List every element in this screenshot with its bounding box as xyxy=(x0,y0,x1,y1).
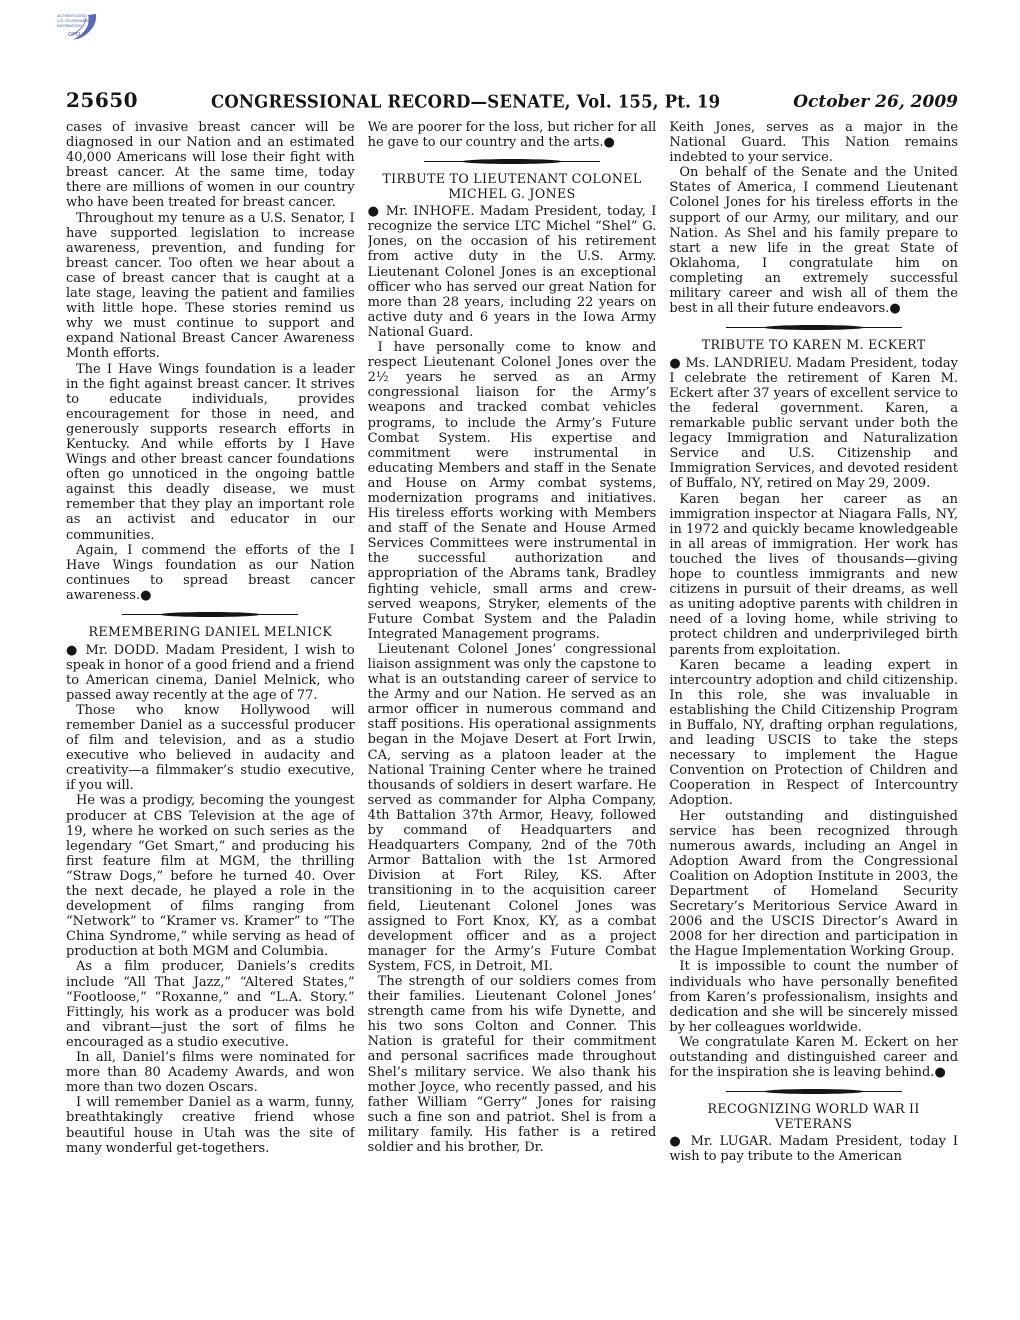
paragraph: As a film producer, Daniels’s credits in… xyxy=(66,959,355,1050)
paragraph: In all, Daniel’s films were nominated fo… xyxy=(66,1050,355,1095)
paragraph: Karen began her career as an immigration… xyxy=(669,492,958,658)
gpo-authentication-logo: AUTHENTICATED U.S. GOVERNMENT INFORMATIO… xyxy=(56,12,110,64)
section-heading: TIRBUTE TO LIEUTENANT COLONEL MICHEL G. … xyxy=(376,172,649,201)
paragraph: Those who know Hollywood will remember D… xyxy=(66,703,355,794)
paragraph: ● Mr. INHOFE. Madam President, today, I … xyxy=(368,204,657,340)
paragraph: cases of invasive breast cancer will be … xyxy=(66,120,355,211)
paragraph: ● Mr. DODD. Madam President, I wish to s… xyxy=(66,643,355,703)
section-separator xyxy=(726,1088,902,1095)
gpo-logo-line: U.S. GOVERNMENT xyxy=(57,19,92,23)
column-2: We are poorer for the loss, but richer f… xyxy=(368,120,657,1280)
paragraph: The I Have Wings foundation is a leader … xyxy=(66,362,355,543)
paragraph: Karen became a leading expert in interco… xyxy=(669,658,958,809)
paragraph: I have personally come to know and respe… xyxy=(368,340,657,642)
paragraph: ● Ms. LANDRIEU. Madam President, today I… xyxy=(669,356,958,492)
page-number: 25650 xyxy=(66,88,138,112)
section-heading: TRIBUTE TO KAREN M. ECKERT xyxy=(677,338,950,353)
record-date: October 26, 2009 xyxy=(793,92,958,112)
gpo-eagle-swoosh-icon: AUTHENTICATED U.S. GOVERNMENT INFORMATIO… xyxy=(56,12,110,64)
paragraph: Throughout my tenure as a U.S. Senator, … xyxy=(66,211,355,362)
section-separator xyxy=(122,611,298,618)
paragraph: He was a prodigy, becoming the youngest … xyxy=(66,793,355,959)
running-head: 25650 CONGRESSIONAL RECORD—SENATE, Vol. … xyxy=(66,88,958,112)
congressional-record-page: AUTHENTICATED U.S. GOVERNMENT INFORMATIO… xyxy=(0,0,1020,1320)
gpo-logo-line: AUTHENTICATED xyxy=(57,14,87,18)
paragraph: We are poorer for the loss, but richer f… xyxy=(368,120,657,150)
section-heading: REMEMBERING DANIEL MELNICK xyxy=(74,625,347,640)
section-separator xyxy=(726,324,902,331)
section-separator xyxy=(424,158,600,165)
gpo-logo-line: INFORMATION xyxy=(57,24,82,28)
paragraph: We congratulate Karen M. Eckert on her o… xyxy=(669,1035,958,1080)
paragraph: It is impossible to count the number of … xyxy=(669,959,958,1034)
paragraph: Keith Jones, serves as a major in the Na… xyxy=(669,120,958,165)
paragraph: Her outstanding and distinguished servic… xyxy=(669,809,958,960)
paragraph: On behalf of the Senate and the United S… xyxy=(669,165,958,316)
paragraph: Again, I commend the efforts of the I Ha… xyxy=(66,543,355,603)
paragraph: Lieutenant Colonel Jones’ congressional … xyxy=(368,642,657,974)
paragraph: I will remember Daniel as a warm, funny,… xyxy=(66,1095,355,1155)
record-title: CONGRESSIONAL RECORD—SENATE, Vol. 155, P… xyxy=(211,92,720,112)
paragraph: The strength of our soldiers comes from … xyxy=(368,974,657,1155)
paragraph: ● Mr. LUGAR. Madam President, today I wi… xyxy=(669,1134,958,1164)
section-heading: RECOGNIZING WORLD WAR II VETERANS xyxy=(677,1102,950,1131)
column-1: cases of invasive breast cancer will be … xyxy=(66,120,355,1280)
gpo-logo-line: GPO xyxy=(68,32,81,38)
column-3: Keith Jones, serves as a major in the Na… xyxy=(669,120,958,1280)
body-columns: cases of invasive breast cancer will be … xyxy=(66,120,958,1280)
